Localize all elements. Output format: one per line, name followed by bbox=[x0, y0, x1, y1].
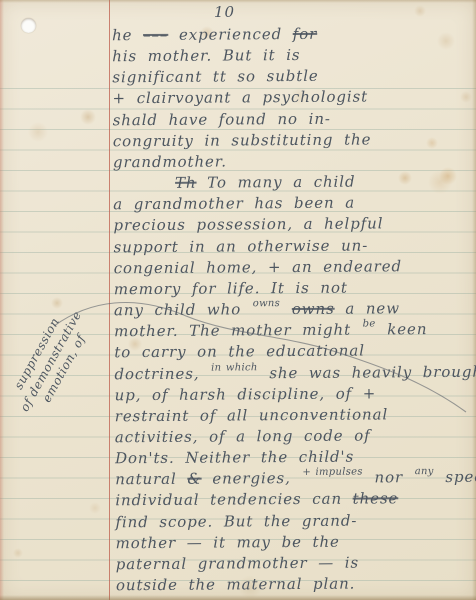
manuscript-line: congenial home, + an endeared bbox=[114, 255, 472, 279]
handwritten-text: he ––– experienced forhis mother. But it… bbox=[112, 23, 474, 597]
inserted-word: in which bbox=[211, 363, 258, 373]
manuscript-line: up, of harsh discipline, of + bbox=[115, 382, 473, 406]
struck-word: these bbox=[353, 490, 399, 508]
manuscript-line: mother. The mother might be keen bbox=[114, 319, 472, 343]
punch-hole bbox=[21, 18, 36, 33]
struck-word: for bbox=[293, 25, 318, 43]
manuscript-page: 10 suppression of demonstrative emotion,… bbox=[0, 0, 476, 600]
manuscript-line: Th To many a child bbox=[113, 171, 471, 195]
manuscript-line: his mother. But it is bbox=[112, 44, 470, 68]
manuscript-line: grandmother. bbox=[113, 150, 471, 174]
manuscript-line: activities, of a long code of bbox=[115, 425, 473, 449]
manuscript-line: precious possession, a helpful bbox=[113, 213, 471, 237]
paper-edge-top bbox=[0, 0, 476, 3]
manuscript-line: paternal grandmother — is bbox=[116, 552, 474, 576]
struck-word: & bbox=[187, 470, 201, 488]
inserted-word: any bbox=[415, 467, 434, 477]
inserted-word: be bbox=[363, 320, 376, 330]
manuscript-line: any child who owns owns a new bbox=[114, 298, 472, 322]
inserted-word: owns bbox=[253, 299, 280, 309]
struck-word: Th bbox=[175, 174, 197, 192]
struck-word: owns bbox=[292, 300, 335, 318]
manuscript-line: individual tendencies can these bbox=[115, 488, 473, 512]
manuscript-line: significant tt so subtle bbox=[112, 65, 470, 89]
manuscript-line: a grandmother has been a bbox=[113, 192, 471, 216]
manuscript-line: mother — it may be the bbox=[116, 530, 474, 554]
manuscript-line: doctrines, in which she was heavily brou… bbox=[114, 361, 472, 385]
manuscript-line: congruity in substituting the bbox=[113, 129, 471, 153]
manuscript-line: support in an otherwise un- bbox=[113, 234, 471, 258]
page-number: 10 bbox=[214, 3, 235, 21]
manuscript-line: restraint of all unconventional bbox=[115, 404, 473, 428]
manuscript-line: outside the maternal plan. bbox=[116, 573, 474, 597]
manuscript-line: + clairvoyant a psychologist bbox=[112, 86, 470, 110]
struck-word: ––– bbox=[143, 26, 168, 44]
manuscript-line: shald have found no in- bbox=[113, 107, 471, 131]
inserted-word: + impulses bbox=[302, 468, 363, 478]
manuscript-line: memory for life. It is not bbox=[114, 277, 472, 301]
manuscript-line: to carry on the educational bbox=[114, 340, 472, 364]
red-margin-line bbox=[109, 0, 110, 600]
manuscript-line: he ––– experienced for bbox=[112, 23, 470, 47]
manuscript-line: natural & energies, + impulses nor any s… bbox=[115, 467, 473, 491]
manuscript-line: find scope. But the grand- bbox=[115, 509, 473, 533]
